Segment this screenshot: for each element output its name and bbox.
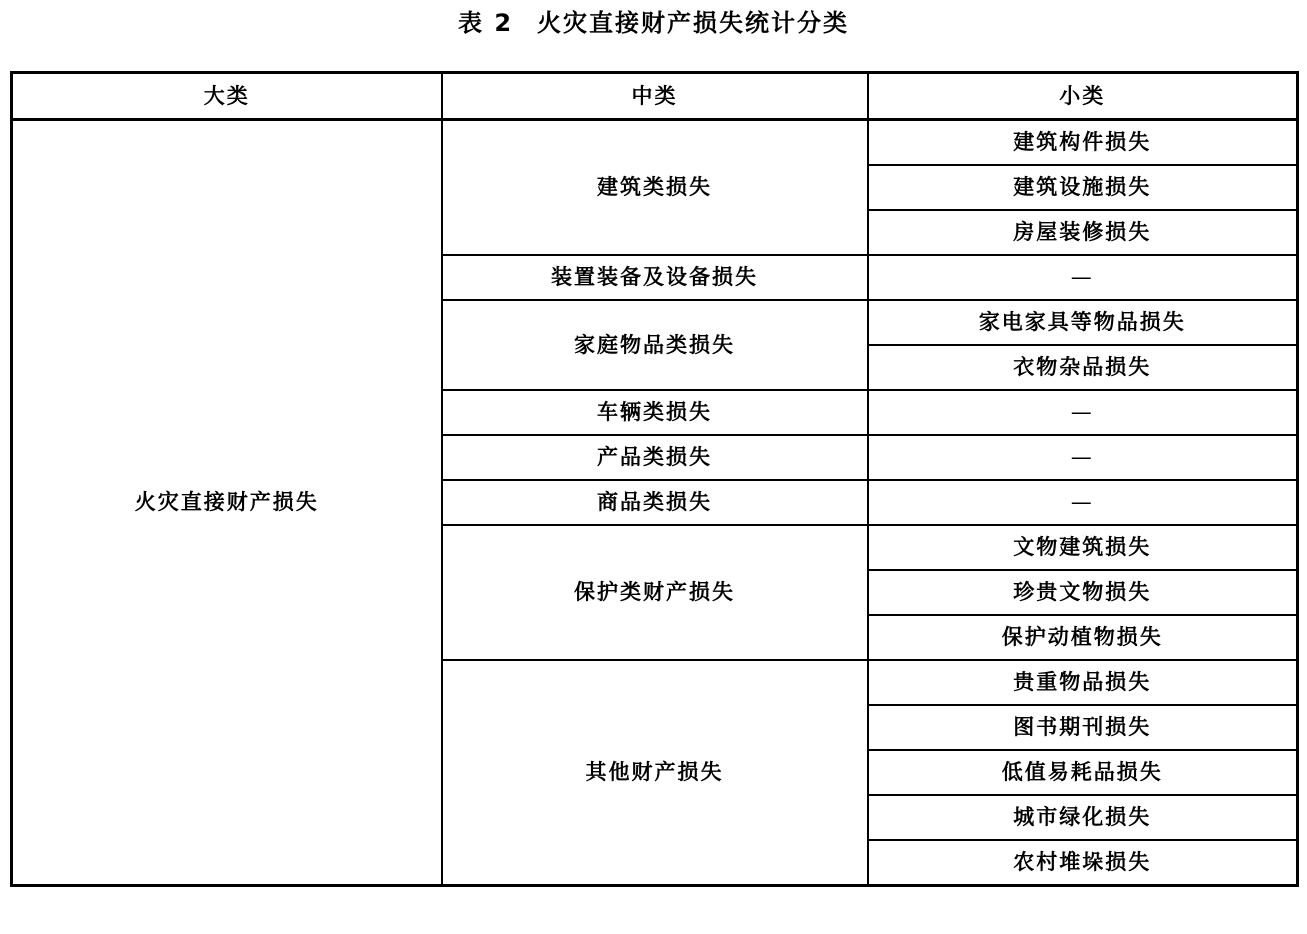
minor-category-cell: 房屋装修损失 <box>868 210 1298 255</box>
minor-category-cell: 家电家具等物品损失 <box>868 300 1298 345</box>
minor-category-empty-cell: — <box>868 255 1298 300</box>
medium-category-cell: 建筑类损失 <box>442 120 868 256</box>
medium-category-cell: 装置装备及设备损失 <box>442 255 868 300</box>
header-major: 大类 <box>12 73 442 120</box>
minor-category-cell: 贵重物品损失 <box>868 660 1298 705</box>
header-medium: 中类 <box>442 73 868 120</box>
header-row: 大类 中类 小类 <box>12 73 1298 120</box>
table-caption: 表 2火灾直接财产损失统计分类 <box>0 6 1307 40</box>
minor-category-cell: 衣物杂品损失 <box>868 345 1298 390</box>
table-number: 表 2 <box>458 9 513 37</box>
minor-category-cell: 珍贵文物损失 <box>868 570 1298 615</box>
major-category-cell: 火灾直接财产损失 <box>12 120 442 886</box>
minor-category-cell: 文物建筑损失 <box>868 525 1298 570</box>
minor-category-cell: 图书期刊损失 <box>868 705 1298 750</box>
medium-category-cell: 保护类财产损失 <box>442 525 868 660</box>
minor-category-empty-cell: — <box>868 480 1298 525</box>
medium-category-cell: 商品类损失 <box>442 480 868 525</box>
medium-category-cell: 车辆类损失 <box>442 390 868 435</box>
minor-category-empty-cell: — <box>868 390 1298 435</box>
medium-category-cell: 家庭物品类损失 <box>442 300 868 390</box>
fire-loss-classification-table: 大类 中类 小类 火灾直接财产损失 建筑类损失 建筑构件损失 建筑设施损失 房屋… <box>10 71 1299 887</box>
minor-category-empty-cell: — <box>868 435 1298 480</box>
minor-category-cell: 建筑设施损失 <box>868 165 1298 210</box>
medium-category-cell: 产品类损失 <box>442 435 868 480</box>
minor-category-cell: 建筑构件损失 <box>868 120 1298 166</box>
minor-category-cell: 低值易耗品损失 <box>868 750 1298 795</box>
minor-category-cell: 保护动植物损失 <box>868 615 1298 660</box>
minor-category-cell: 城市绿化损失 <box>868 795 1298 840</box>
header-minor: 小类 <box>868 73 1298 120</box>
minor-category-cell: 农村堆垛损失 <box>868 840 1298 886</box>
table-title: 火灾直接财产损失统计分类 <box>537 9 849 37</box>
medium-category-cell: 其他财产损失 <box>442 660 868 886</box>
table-row: 火灾直接财产损失 建筑类损失 建筑构件损失 <box>12 120 1298 166</box>
